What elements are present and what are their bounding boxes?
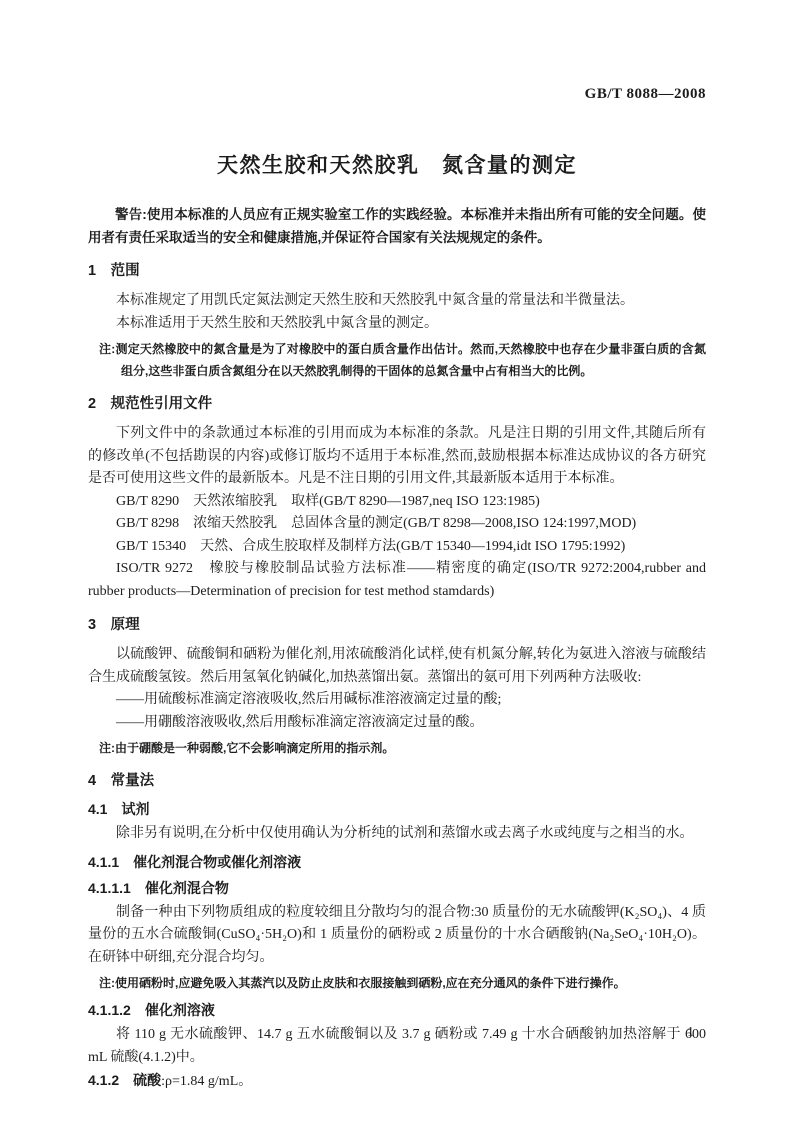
reference-item: GB/T 8298 浓缩天然胶乳 总固体含量的测定(GB/T 8298—2008… — [88, 513, 706, 536]
catalyst-solution-paragraph: 将 110 g 无水硫酸钾、14.7 g 五水硫酸铜以及 3.7 g 硒粉或 7… — [88, 1024, 706, 1069]
scope-paragraph-2: 本标准适用于天然生胶和天然胶乳中氮含量的测定。 — [88, 313, 706, 336]
standard-code: GB/T 8088—2008 — [88, 86, 706, 102]
warning-paragraph: 警告:使用本标准的人员应有正规实验室工作的实践经验。本标准并未指出所有可能的安全… — [88, 203, 706, 249]
reagents-paragraph: 除非另有说明,在分析中仅使用确认为分析纯的试剂和蒸馏水或去离子水或纯度与之相当的… — [88, 823, 706, 846]
catalyst-mixture-note: 注:使用硒粉时,应避免吸入其蒸汽以及防止皮肤和衣服接触到硒粉,应在充分通风的条件… — [88, 972, 706, 994]
sulfuric-acid-item-value: :ρ=1.84 g/mL。 — [161, 1074, 252, 1089]
page-number: 1 — [687, 1024, 694, 1042]
reference-item: ISO/TR 9272 橡胶与橡胶制品试验方法标准——精密度的确定(ISO/TR… — [88, 558, 706, 603]
document-title: 天然生胶和天然胶乳 氮含量的测定 — [88, 152, 706, 180]
sulfuric-acid-item: 4.1.2 硫酸:ρ=1.84 g/mL。 — [88, 1069, 706, 1094]
reference-item: GB/T 8290 天然浓缩胶乳 取样(GB/T 8290—1987,neq I… — [88, 491, 706, 514]
scope-paragraph-1: 本标准规定了用凯氏定氮法测定天然生胶和天然胶乳中氮含量的常量法和半微量法。 — [88, 290, 706, 313]
catalyst-heading: 4.1.1 催化剂混合物或催化剂溶液 — [88, 853, 706, 872]
catalyst-mixture-heading: 4.1.1.1 催化剂混合物 — [88, 879, 706, 898]
scope-note: 注:测定天然橡胶中的氮含量是为了对橡胶中的蛋白质含量作出估计。然而,天然橡胶中也… — [88, 338, 706, 382]
catalyst-mixture-paragraph: 制备一种由下列物质组成的粒度较细且分散均匀的混合物:30 质量份的无水硫酸钾(K… — [88, 902, 706, 970]
section-1-scope-heading: 1 范围 — [88, 262, 706, 281]
reference-item: GB/T 15340 天然、合成生胶取样及制样方法(GB/T 15340—199… — [88, 536, 706, 559]
principle-bullet-2: ——用硼酸溶液吸收,然后用酸标准滴定溶液滴定过量的酸。 — [88, 712, 706, 735]
principle-paragraph: 以硫酸钾、硫酸铜和硒粉为催化剂,用浓硫酸消化试样,使有机氮分解,转化为氨进入溶液… — [88, 644, 706, 689]
section-4-macro-method-heading: 4 常量法 — [88, 772, 706, 791]
reagents-heading: 4.1 试剂 — [88, 800, 706, 819]
document-page: GB/T 8088—2008 天然生胶和天然胶乳 氮含量的测定 警告:使用本标准… — [0, 0, 794, 1123]
section-2-normative-references-heading: 2 规范性引用文件 — [88, 395, 706, 414]
principle-bullet-1: ——用硫酸标准滴定溶液吸收,然后用碱标准溶液滴定过量的酸; — [88, 689, 706, 712]
normative-references-paragraph: 下列文件中的条款通过本标准的引用而成为本标准的条款。凡是注日期的引用文件,其随后… — [88, 423, 706, 491]
catalyst-solution-heading: 4.1.1.2 催化剂溶液 — [88, 1001, 706, 1020]
sulfuric-acid-item-label: 4.1.2 硫酸 — [88, 1072, 161, 1088]
section-3-principle-heading: 3 原理 — [88, 616, 706, 635]
principle-note: 注:由于硼酸是一种弱酸,它不会影响滴定所用的指示剂。 — [88, 737, 706, 759]
